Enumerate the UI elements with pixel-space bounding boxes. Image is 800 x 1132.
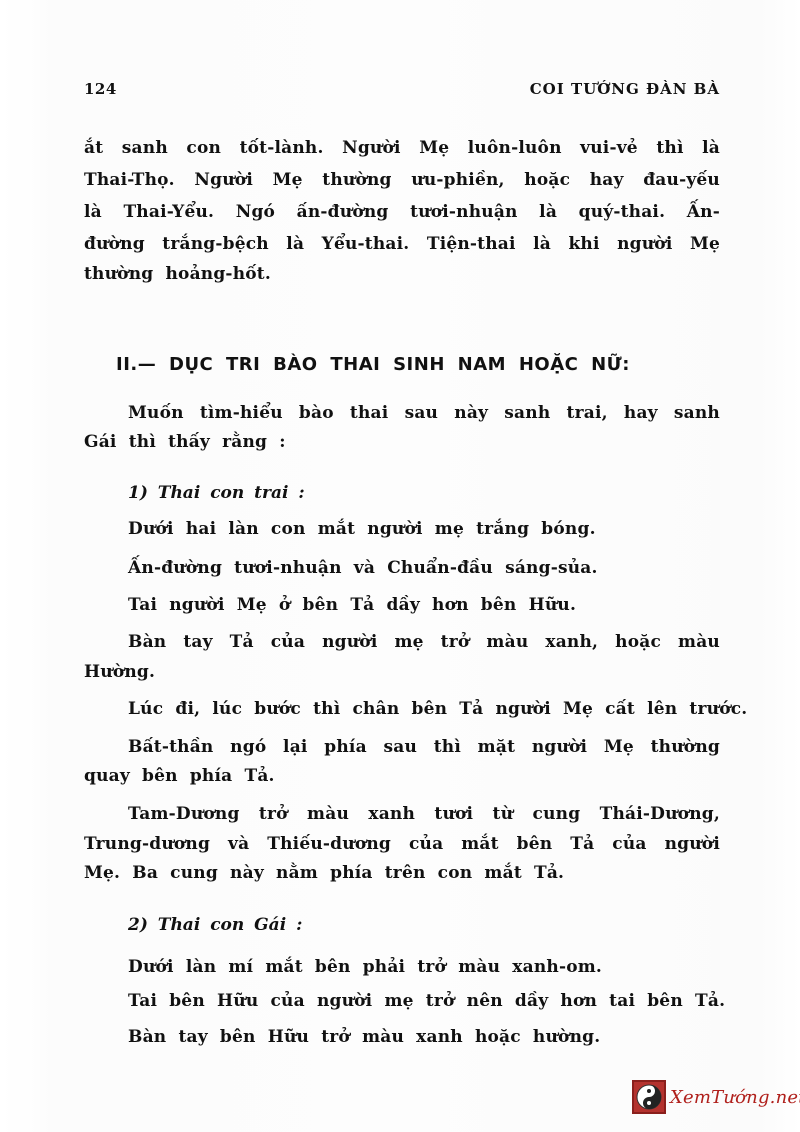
text-line: Lúc đi, lúc bước thì chân bên Tả người M… — [128, 698, 720, 720]
text-line: Tai bên Hữu của người mẹ trở nên dầy hơn… — [128, 990, 725, 1012]
text-line: Dưới làn mí mắt bên phải trở màu xanh-om… — [128, 956, 602, 978]
subsection-title: 1) Thai con trai : — [128, 483, 305, 503]
text-line: đường trắng-bệch là Yểu-thai. Tiện-thai … — [84, 233, 720, 255]
text-line: Trung-dương và Thiếu-dương của mắt bên T… — [84, 833, 720, 855]
text-line: quay bên phía Tả. — [84, 765, 275, 787]
page-number: 124 — [84, 80, 117, 98]
text-line: Tai người Mẹ ở bên Tả dầy hơn bên Hữu. — [128, 594, 576, 616]
yin-yang-icon — [632, 1080, 666, 1114]
watermark-text: XemTướng.net — [670, 1087, 800, 1108]
text-line: thường hoảng-hốt. — [84, 263, 271, 285]
text-line: là Thai-Yểu. Ngó ấn-đường tươi-nhuận là … — [84, 201, 720, 223]
text-line: Thai-Thọ. Người Mẹ thường ưu-phiền, hoặc… — [84, 169, 720, 191]
text-line: Muốn tìm-hiểu bào thai sau này sanh trai… — [128, 402, 720, 424]
section-heading: II.— DỤC TRI BÀO THAI SINH NAM HOẶC NỮ: — [116, 354, 630, 375]
text-line: Mẹ. Ba cung này nằm phía trên con mắt Tả… — [84, 862, 564, 884]
text-line: Ấn-đường tươi-nhuận và Chuẩn-đầu sáng-sủ… — [128, 557, 598, 579]
page-header: 124 COI TƯỚNG ĐÀN BÀ — [84, 80, 720, 104]
book-page: 124 COI TƯỚNG ĐÀN BÀ ắt sanh con tốt-làn… — [0, 0, 800, 1132]
text-line: Bàn tay Tả của người mẹ trở màu xanh, ho… — [128, 631, 720, 653]
text-line: Hường. — [84, 661, 155, 683]
text-line: Dưới hai làn con mắt người mẹ trắng bóng… — [128, 518, 596, 540]
text-line: Tam-Dương trở màu xanh tươi từ cung Thái… — [128, 803, 720, 825]
running-title: COI TƯỚNG ĐÀN BÀ — [530, 80, 720, 98]
watermark-logo: XemTướng.net — [632, 1078, 800, 1116]
text-line: Gái thì thấy rằng : — [84, 431, 286, 453]
subsection-title: 2) Thai con Gái : — [128, 915, 302, 935]
text-line: Bàn tay bên Hữu trở màu xanh hoặc hường. — [128, 1026, 600, 1048]
text-line: Bất-thần ngó lại phía sau thì mặt người … — [128, 736, 720, 758]
text-line: ắt sanh con tốt-lành. Người Mẹ luôn-luôn… — [84, 137, 720, 159]
